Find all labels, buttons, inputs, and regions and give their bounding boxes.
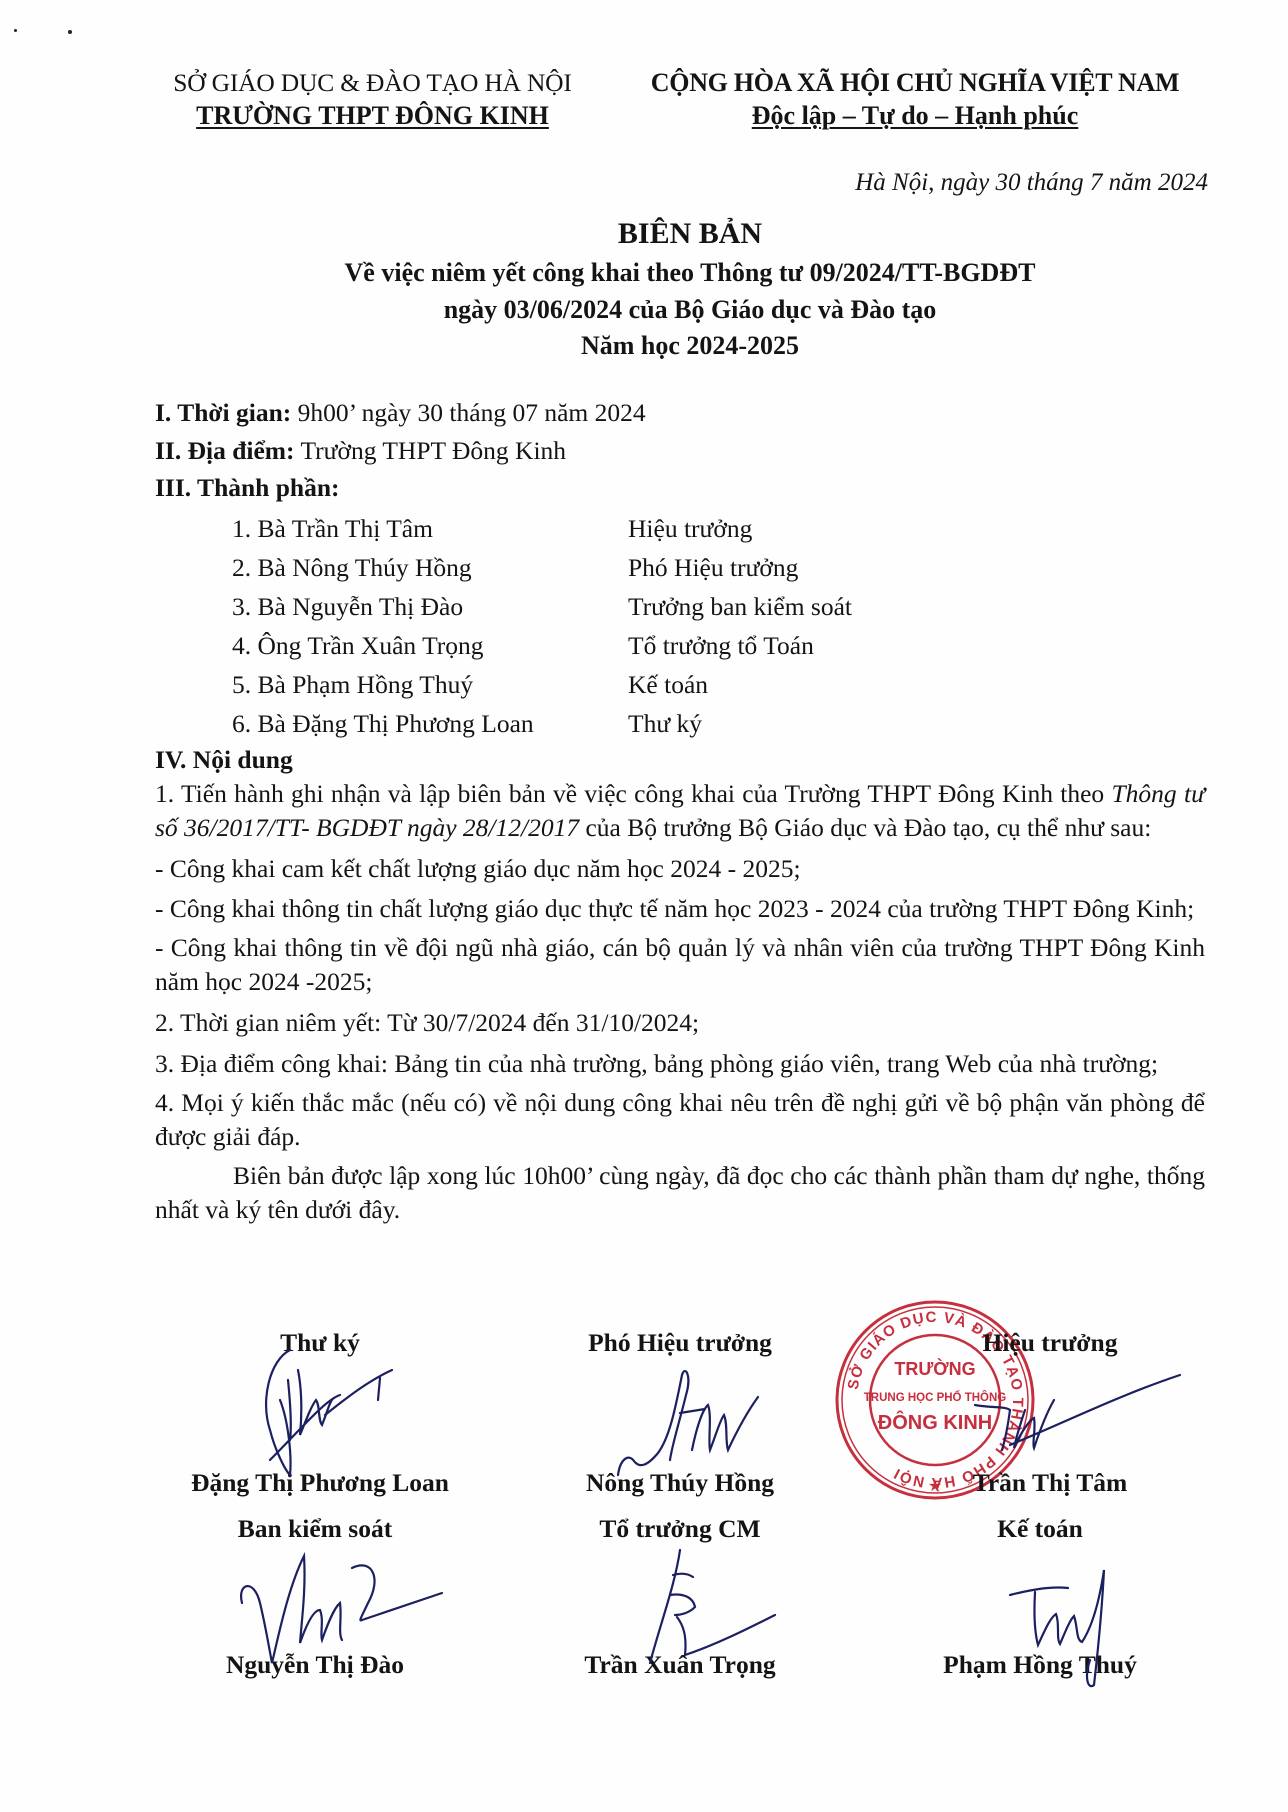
member-role: Hiệu trưởng (628, 509, 1205, 548)
section-time-label: I. Thời gian: (155, 398, 291, 427)
content-bullet: - Công khai cam kết chất lượng giáo dục … (155, 850, 1205, 888)
section-place-value: Trường THPT Đông Kinh (295, 436, 567, 465)
handwritten-signature-principal (950, 1370, 1210, 1490)
handwritten-signature-dept-head (615, 1545, 795, 1675)
members-list: 1. Bà Trần Thị Tâm Hiệu trưởng 2. Bà Nôn… (155, 509, 1205, 743)
document-title: BIÊN BẢN (140, 213, 1240, 255)
signature-accountant: Kế toán (860, 1512, 1220, 1546)
content-list: 1. Tiến hành ghi nhận và lập biên bản về… (155, 777, 1205, 1227)
closing-statement: Biên bản được lập xong lúc 10h00’ cùng n… (155, 1159, 1205, 1227)
member-role: Kế toán (628, 665, 1205, 704)
title-block: BIÊN BẢN Về việc niêm yết công khai theo… (140, 213, 1240, 365)
motto: Độc lập – Tự do – Hạnh phúc (605, 100, 1225, 132)
member-name: 1. Bà Trần Thị Tâm (155, 509, 628, 548)
signature-role: Kế toán (860, 1512, 1220, 1546)
member-name: 5. Bà Phạm Hồng Thuý (155, 665, 628, 704)
signature-principal: Hiệu trưởng (870, 1326, 1230, 1360)
handwritten-signature-control-board (232, 1548, 462, 1678)
member-role: Thư ký (628, 704, 1205, 743)
signature-role: Hiệu trưởng (870, 1326, 1230, 1360)
school-name: TRƯỜNG THPT ĐÔNG KINH (150, 100, 595, 132)
department-name: SỞ GIÁO DỤC & ĐÀO TẠO HÀ NỘI (150, 66, 595, 100)
document-date: Hà Nội, ngày 30 tháng 7 năm 2024 (855, 166, 1208, 200)
section-members-heading: III. Thành phần: (155, 469, 1205, 507)
document-page: SỞ GIÁO DỤC & ĐÀO TẠO HÀ NỘI TRƯỜNG THPT… (0, 0, 1288, 1812)
section-content-label: IV. Nội dung (155, 745, 293, 774)
signature-role: Tổ trưởng CM (500, 1512, 860, 1546)
scan-speck (14, 29, 17, 32)
content-bullet: - Công khai thông tin về đội ngũ nhà giá… (155, 931, 1205, 999)
section-time: I. Thời gian: 9h00’ ngày 30 tháng 07 năm… (155, 394, 1205, 432)
title-subject-line1: Về việc niêm yết công khai theo Thông tư… (140, 255, 1240, 292)
content-bullet: - Công khai thông tin chất lượng giáo dụ… (155, 892, 1205, 926)
signature-dept-head: Tổ trưởng CM (500, 1512, 860, 1546)
member-row: 5. Bà Phạm Hồng Thuý Kế toán (155, 665, 1205, 704)
signature-role: Phó Hiệu trưởng (500, 1326, 860, 1360)
section-time-value: 9h00’ ngày 30 tháng 07 năm 2024 (291, 398, 645, 427)
member-name: 3. Bà Nguyễn Thị Đào (155, 587, 628, 626)
title-school-year: Năm học 2024-2025 (140, 328, 1240, 365)
member-role: Phó Hiệu trưởng (628, 548, 1205, 587)
member-row: 6. Bà Đặng Thị Phương Loan Thư ký (155, 704, 1205, 743)
member-name: 4. Ông Trần Xuân Trọng (155, 626, 628, 665)
content-item-4: 4. Mọi ý kiến thắc mắc (nếu có) về nội d… (155, 1086, 1205, 1154)
section-place: II. Địa điểm: Trường THPT Đông Kinh (155, 432, 1205, 470)
title-subject-line2: ngày 03/06/2024 của Bộ Giáo dục và Đào t… (140, 292, 1240, 329)
signature-control-board: Ban kiểm soát (135, 1512, 495, 1546)
member-row: 3. Bà Nguyễn Thị Đào Trưởng ban kiểm soá… (155, 587, 1205, 626)
signature-role: Ban kiểm soát (135, 1512, 495, 1546)
document-body: I. Thời gian: 9h00’ ngày 30 tháng 07 năm… (155, 394, 1205, 1227)
handwritten-signature-accountant (990, 1550, 1150, 1700)
scan-speck (68, 30, 72, 34)
handwritten-signature-vice-principal (610, 1365, 770, 1505)
content-item-3: 3. Địa điểm công khai: Bảng tin của nhà … (155, 1047, 1205, 1081)
member-row: 4. Ông Trần Xuân Trọng Tổ trưởng tổ Toán (155, 626, 1205, 665)
handwritten-signature-secretary (230, 1340, 430, 1490)
signature-vice-principal: Phó Hiệu trưởng (500, 1326, 860, 1360)
member-role: Tổ trưởng tổ Toán (628, 626, 1205, 665)
national-motto: CỘNG HÒA XÃ HỘI CHỦ NGHĨA VIỆT NAM Độc l… (605, 66, 1225, 132)
member-name: 2. Bà Nông Thúy Hồng (155, 548, 628, 587)
section-place-label: II. Địa điểm: (155, 436, 295, 465)
member-name: 6. Bà Đặng Thị Phương Loan (155, 704, 628, 743)
country-name: CỘNG HÒA XÃ HỘI CHỦ NGHĨA VIỆT NAM (605, 66, 1225, 100)
issuing-authority: SỞ GIÁO DỤC & ĐÀO TẠO HÀ NỘI TRƯỜNG THPT… (150, 66, 595, 132)
content-item-1-end: của Bộ trưởng Bộ Giáo dục và Đào tạo, cụ… (579, 813, 1151, 842)
section-members-label: III. Thành phần: (155, 473, 340, 502)
member-row: 2. Bà Nông Thúy Hồng Phó Hiệu trưởng (155, 548, 1205, 587)
content-item-2: 2. Thời gian niêm yết: Từ 30/7/2024 đến … (155, 1004, 1205, 1042)
member-row: 1. Bà Trần Thị Tâm Hiệu trưởng (155, 509, 1205, 548)
content-item-1-text: 1. Tiến hành ghi nhận và lập biên bản về… (155, 779, 1111, 808)
member-role: Trưởng ban kiểm soát (628, 587, 1205, 626)
content-item-1: 1. Tiến hành ghi nhận và lập biên bản về… (155, 777, 1205, 845)
section-content-heading: IV. Nội dung (155, 743, 1205, 777)
